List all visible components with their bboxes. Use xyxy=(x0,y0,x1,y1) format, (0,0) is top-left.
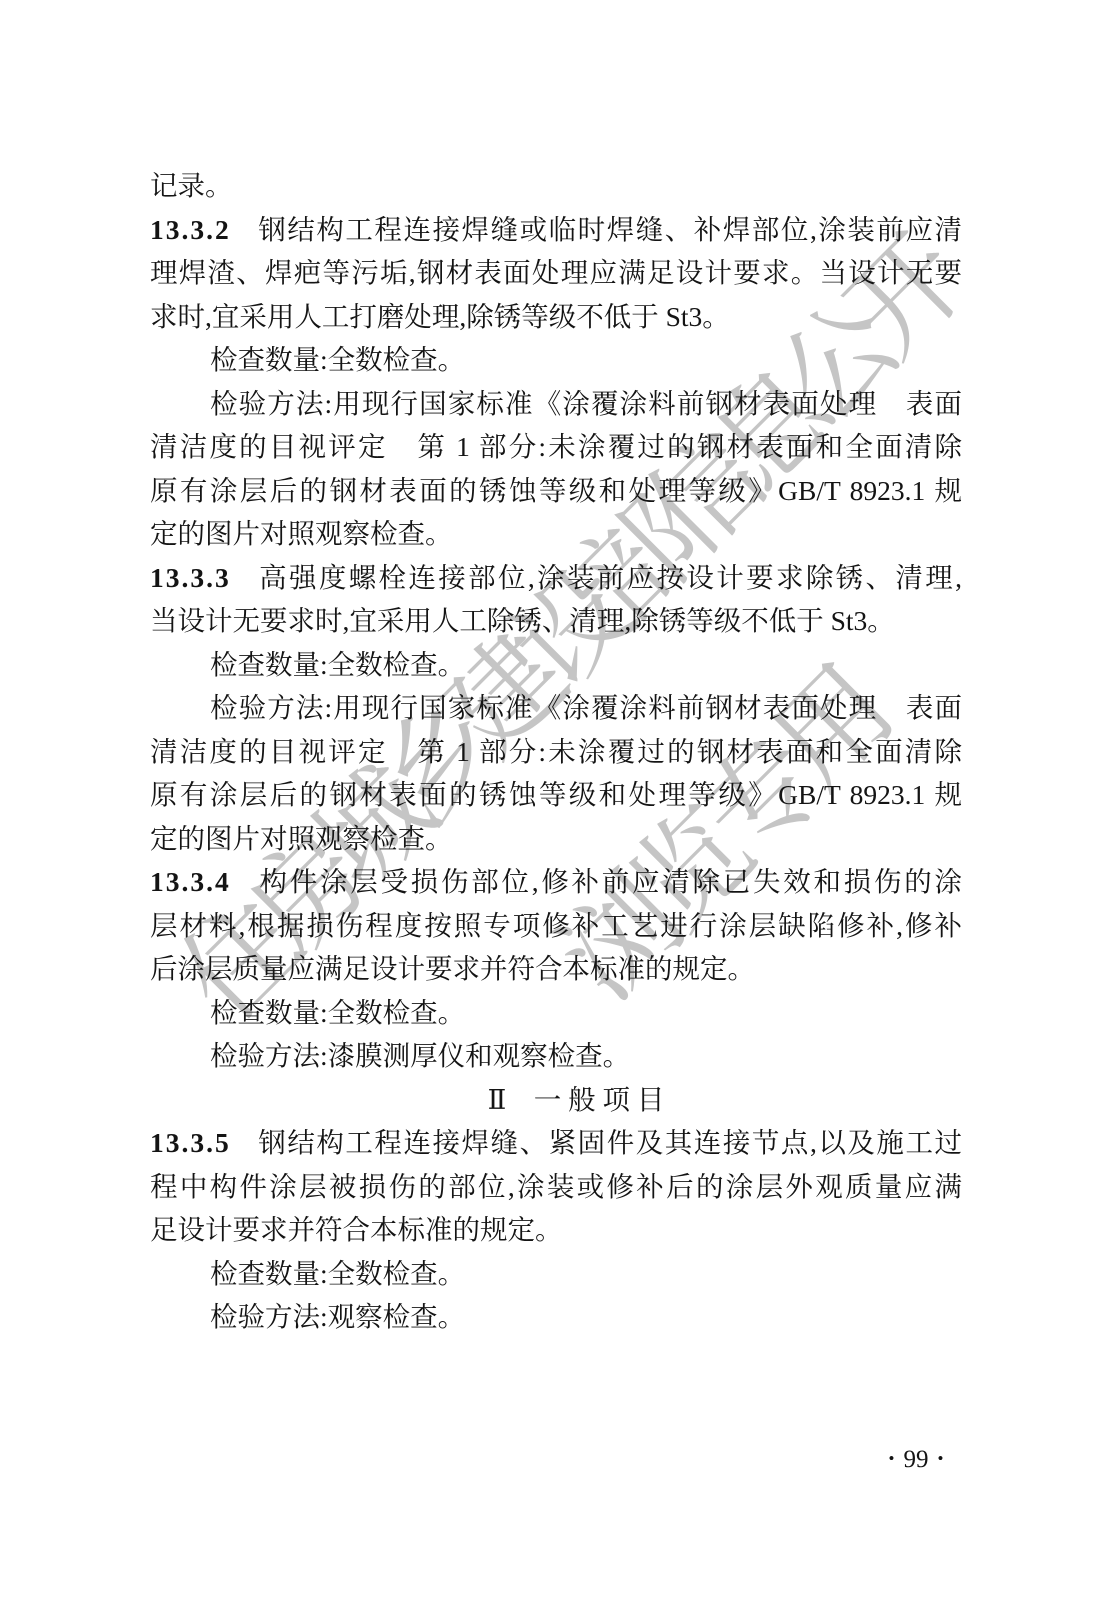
clause-13-3-3: 13.3.3高强度螺栓连接部位,涂装前应按设计要求除锈、清理, xyxy=(150,556,962,600)
check-method-line: 检验方法:用现行国家标准《涂覆涂料前钢材表面处理 表面 xyxy=(150,686,962,730)
clause-13-3-4: 13.3.4构件涂层受损伤部位,修补前应清除已失效和损伤的涂 xyxy=(150,860,962,904)
clause-text: 钢结构工程连接焊缝或临时焊缝、补焊部位,涂装前应清 xyxy=(257,214,962,245)
page-number-bullet: • xyxy=(889,1449,895,1468)
clause-number: 13.3.4 xyxy=(150,866,231,897)
page-number: •99• xyxy=(856,1446,976,1474)
text-line: 程中构件涂层被损伤的部位,涂装或修补后的涂层外观质量应满 xyxy=(150,1165,962,1209)
clause-number: 13.3.3 xyxy=(150,562,231,593)
check-method-line: 检验方法:观察检查。 xyxy=(150,1295,962,1339)
text-line: 清洁度的目视评定 第 1 部分:未涂覆过的钢材表面和全面清除 xyxy=(150,425,962,469)
clause-13-3-2: 13.3.2钢结构工程连接焊缝或临时焊缝、补焊部位,涂装前应清 xyxy=(150,208,962,252)
clause-text: 构件涂层受损伤部位,修补前应清除已失效和损伤的涂 xyxy=(257,866,962,897)
text-line: 层材料,根据损伤程度按照专项修补工艺进行涂层缺陷修补,修补 xyxy=(150,904,962,948)
check-method-line: 检验方法:用现行国家标准《涂覆涂料前钢材表面处理 表面 xyxy=(150,382,962,426)
text-line: 原有涂层后的钢材表面的锈蚀等级和处理等级》GB/T 8923.1 规 xyxy=(150,469,962,513)
page-number-value: 99 xyxy=(904,1446,929,1473)
clause-number: 13.3.5 xyxy=(150,1127,231,1158)
page-text: 记录。 13.3.2钢结构工程连接焊缝或临时焊缝、补焊部位,涂装前应清 理焊渣、… xyxy=(150,164,962,1339)
text-line: 定的图片对照观察检查。 xyxy=(150,817,962,861)
text-line: 定的图片对照观察检查。 xyxy=(150,512,962,556)
check-method-line: 检验方法:漆膜测厚仪和观察检查。 xyxy=(150,1034,962,1078)
text-line: 足设计要求并符合本标准的规定。 xyxy=(150,1208,962,1252)
text-line: 理焊渣、焊疤等污垢,钢材表面处理应满足设计要求。当设计无要 xyxy=(150,251,962,295)
check-quantity-line: 检查数量:全数检查。 xyxy=(150,991,962,1035)
clause-text: 高强度螺栓连接部位,涂装前应按设计要求除锈、清理, xyxy=(257,562,962,593)
text-line: 后涂层质量应满足设计要求并符合本标准的规定。 xyxy=(150,947,962,991)
text-line: 原有涂层后的钢材表面的锈蚀等级和处理等级》GB/T 8923.1 规 xyxy=(150,773,962,817)
check-quantity-line: 检查数量:全数检查。 xyxy=(150,1252,962,1296)
check-quantity-line: 检查数量:全数检查。 xyxy=(150,643,962,687)
page-number-bullet: • xyxy=(938,1449,944,1468)
clause-number: 13.3.2 xyxy=(150,214,231,245)
clause-text: 钢结构工程连接焊缝、紧固件及其连接节点,以及施工过 xyxy=(257,1127,962,1158)
text-line: 当设计无要求时,宜采用人工除锈、清理,除锈等级不低于 St3。 xyxy=(150,599,962,643)
text-line: 记录。 xyxy=(150,164,962,208)
check-quantity-line: 检查数量:全数检查。 xyxy=(150,338,962,382)
text-line: 清洁度的目视评定 第 1 部分:未涂覆过的钢材表面和全面清除 xyxy=(150,730,962,774)
document-page: 住房城乡建设部信息公开 浏览专用 记录。 13.3.2钢结构工程连接焊缝或临时焊… xyxy=(0,0,1106,1598)
text-line: 求时,宜采用人工打磨处理,除锈等级不低于 St3。 xyxy=(150,295,962,339)
section-heading-general-items: Ⅱ 一 般 项 目 xyxy=(150,1078,962,1122)
clause-13-3-5: 13.3.5钢结构工程连接焊缝、紧固件及其连接节点,以及施工过 xyxy=(150,1121,962,1165)
